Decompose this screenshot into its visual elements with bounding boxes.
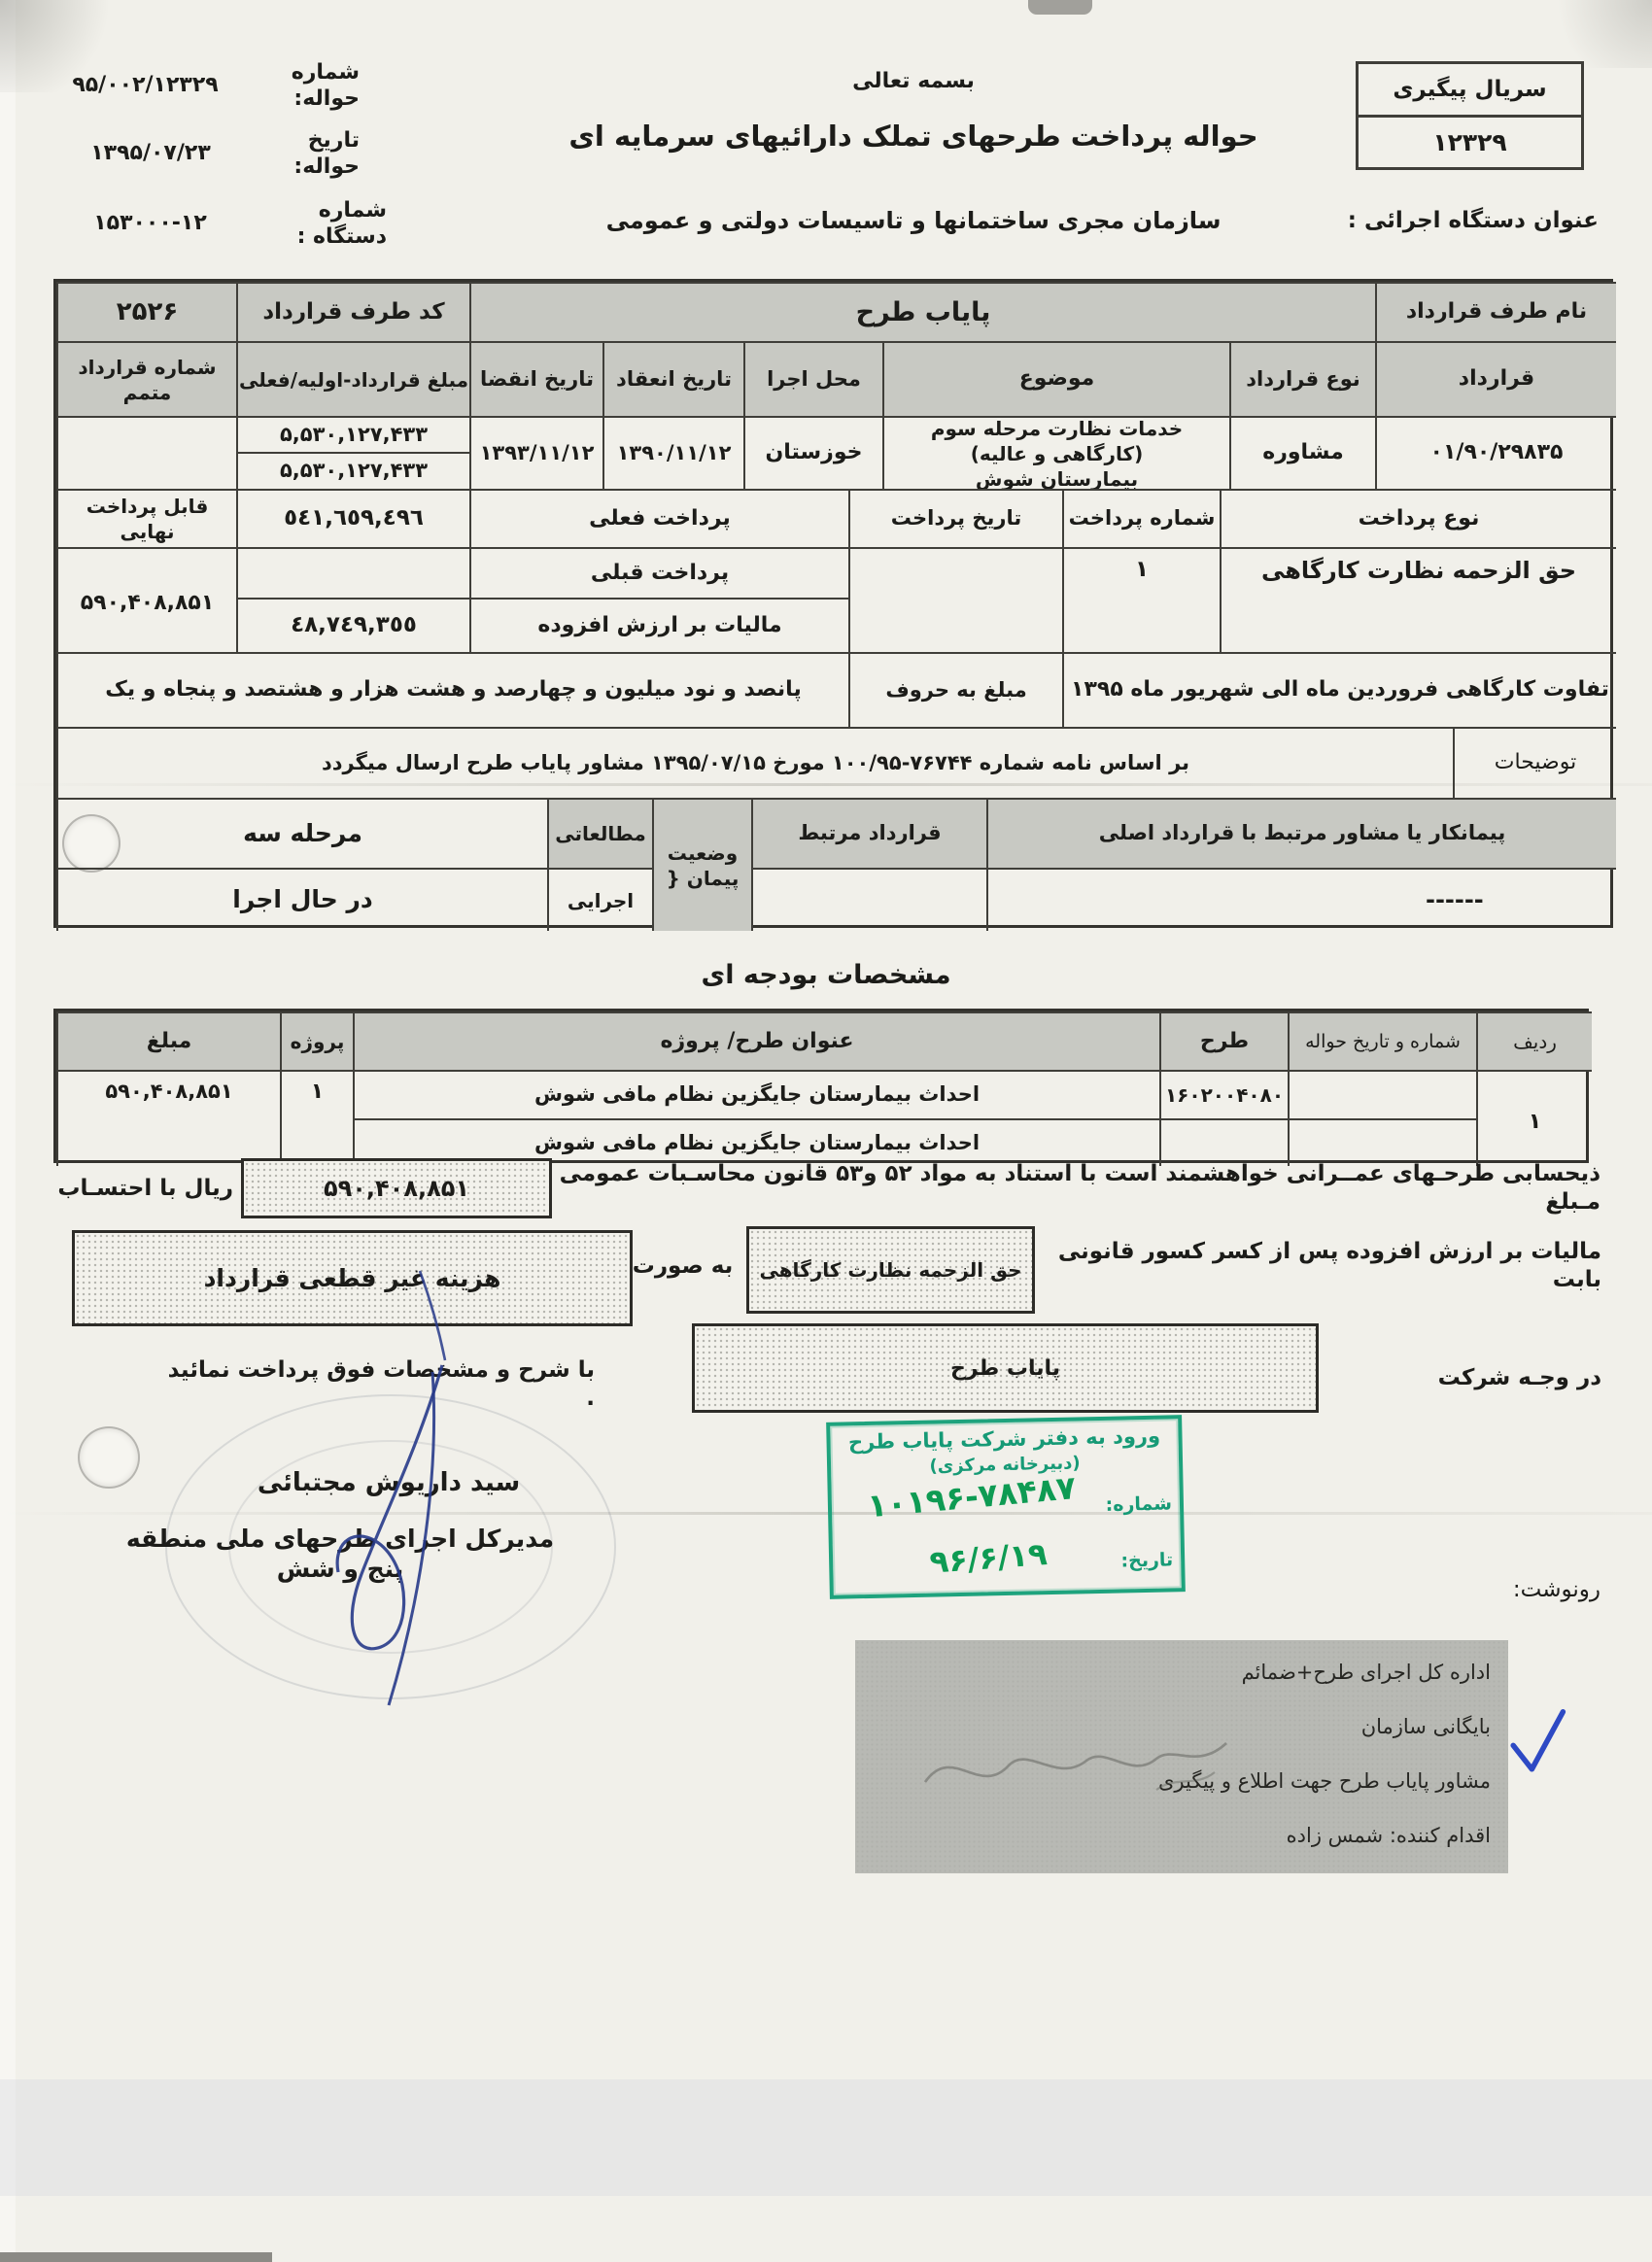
scan-left-margin — [0, 0, 16, 2262]
header-subject: موضوع — [882, 341, 1229, 416]
blue-checkmark — [1505, 1705, 1573, 1778]
status-study-label: مطالعاتی — [547, 798, 652, 868]
header-expiry-date: تاریخ انقضا — [469, 341, 602, 416]
party-name-value: پایاب طرح — [469, 282, 1375, 341]
contract-table: ۲۵۲۶ کد طرف قرارداد پایاب طرح نام طرف قر… — [53, 279, 1613, 928]
budget-header-name: عنوان طرح/ پروژه — [353, 1011, 1159, 1070]
budget-name-row1: احداث بیمارستان جایگزین نظام مافی شوش — [353, 1070, 1159, 1118]
subject-line1: خدمات نظارت مرحله سوم (کارگاهی و عالیه) — [931, 417, 1183, 465]
pen-signature — [292, 1263, 622, 1720]
budget-section-title: مشخصات بودجه ای — [583, 954, 1069, 997]
scan-bottom-band — [0, 2079, 1652, 2196]
contract-amount-current: ۵,۵۳۰,۱۲۷,۴۳۳ — [236, 452, 469, 489]
stamp-date-handwritten: ۹۶/۶/۱۹ — [900, 1533, 1077, 1583]
contract-amount-initial: ۵,۵۳۰,۱۲۷,۴۳۳ — [236, 416, 469, 452]
previous-payment-label: پرداخت قبلی — [469, 547, 848, 598]
amount-in-words-label: مبلغ به حروف — [848, 652, 1062, 727]
header-contract-amount: مبلغ قرارداد-اولیه/فعلی — [236, 341, 469, 416]
related-contract-value-empty — [751, 868, 986, 931]
stamp-title: ورود به دفتر شرکت پایاب طرح — [830, 1423, 1178, 1454]
supplementary-contract-empty — [56, 416, 236, 489]
stamp-date-label: تاریخ: — [1120, 1549, 1173, 1571]
party-code-label: کد طرف قرارداد — [236, 282, 469, 341]
subject-line2: بیمارستان شوش — [976, 467, 1138, 491]
havaleh-date-label: تاریخ حواله: — [238, 134, 360, 173]
status-word: وضعیت — [668, 841, 738, 865]
stamp-number-label: شماره: — [1105, 1492, 1172, 1515]
current-payment-label: پرداخت فعلی — [469, 489, 848, 547]
final-payable-value: ۵۹۰,۴۰۸,۸۵۱ — [56, 547, 236, 652]
scan-top-smudge — [1028, 0, 1092, 15]
budget-header-project: پروژه — [280, 1011, 353, 1070]
havaleh-number-label: شماره حواله: — [238, 66, 360, 105]
agency-title-label: عنوان دستگاه اجرائی : — [1317, 200, 1599, 241]
stage-label: مرحله سه — [56, 798, 547, 868]
budget-row-index: ۱ — [1476, 1070, 1592, 1166]
punch-hole-bottom — [78, 1426, 140, 1489]
vat-value: ٤٨,٧٤٩,٣٥٥ — [236, 598, 469, 652]
subject-value: خدمات نظارت مرحله سوم (کارگاهی و عالیه) … — [882, 416, 1229, 489]
budget-header-ref: شماره و تاریخ حواله — [1288, 1011, 1476, 1070]
order-amount-box: ۵۹۰,۴۰۸,۸۵۱ — [241, 1158, 552, 1218]
budget-header-row: ردیف — [1476, 1011, 1592, 1070]
execution-place-value: خوزستان — [743, 416, 882, 489]
previous-payment-value-empty — [236, 547, 469, 598]
current-payment-value: ٥٤١,٦٥٩,٤٩٦ — [236, 489, 469, 547]
device-number-label: شماره دستگاه : — [260, 204, 387, 243]
budget-ref-empty2 — [1288, 1118, 1476, 1166]
header-contract-no: قرارداد — [1375, 341, 1616, 416]
distribution-line-4: اقدام کننده: شمس زاده — [878, 1817, 1491, 1854]
scanned-payment-order-document: شماره حواله: ۹۵/۰۰۲/۱۲۳۲۹ تاریخ حواله: ۱… — [0, 0, 1652, 2262]
payee-company-box: پایاب طرح — [692, 1323, 1319, 1413]
company-entry-stamp: ورود به دفتر شرکت پایاب طرح (دبیرخانه مر… — [826, 1415, 1186, 1599]
contract-type-value: مشاوره — [1229, 416, 1375, 489]
notes-value: بر اساس نامه شماره ۷۶۷۴۴-۱۰۰/۹۵ مورخ ۱۳۹… — [56, 727, 1453, 798]
signing-date-value: ۱۳۹۰/۱۱/۱۲ — [602, 416, 743, 489]
device-number-value: ۱۵۳۰۰۰-۱۲ — [60, 204, 240, 243]
payment-date-value-empty — [848, 547, 1062, 652]
budget-table: مبلغ پروژه عنوان طرح/ پروژه طرح شماره و … — [53, 1009, 1589, 1163]
contract-no-value: ۰۱/۹۰/۲۹۸۳۵ — [1375, 416, 1616, 489]
contract-status-label: وضعیت پیمان { — [652, 798, 751, 931]
tracking-serial-box: سریال پیگیری ۱۲۳۲۹ — [1356, 61, 1584, 170]
related-contractor-label: پیمانکار یا مشاور مرتبط با قرارداد اصلی — [986, 798, 1616, 868]
budget-plan-empty — [1159, 1118, 1288, 1166]
expiry-date-value: ۱۳۹۳/۱۱/۱۲ — [469, 416, 602, 489]
related-contract-label: قرارداد مرتبط — [751, 798, 986, 868]
header-signing-date: تاریخ انعقاد — [602, 341, 743, 416]
stage-value: در حال اجرا — [56, 868, 547, 931]
havaleh-number-value: ۹۵/۰۰۲/۱۲۳۲۹ — [60, 66, 230, 105]
payment-number-value: ۱ — [1062, 547, 1220, 652]
header-execution-place: محل اجرا — [743, 341, 882, 416]
status-exec-value: اجرایی — [547, 868, 652, 931]
related-contractor-value: ------ — [986, 868, 1616, 931]
bismillah: بسمه تعالی — [680, 64, 1147, 99]
payment-period-note: تفاوت کارگاهی فروردین ماه الی شهریور ماه… — [1062, 652, 1616, 727]
amount-in-words-value: پانصد و نود میلیون و چهارصد و هشت هزار و… — [56, 652, 848, 727]
status-brace: پیمان { — [667, 867, 740, 890]
payment-type-header: نوع پرداخت — [1220, 489, 1616, 547]
faint-handwriting-scribble — [913, 1712, 1244, 1819]
vat-label: مالیات بر ارزش افزوده — [469, 598, 848, 652]
party-code-value: ۲۵۲۶ — [56, 282, 236, 341]
party-name-label: نام طرف قرارداد — [1375, 282, 1616, 341]
budget-plan-code: ۱۶۰۲۰۰۴۰۸۰ — [1159, 1070, 1288, 1118]
copy-to-label: رونوشت: — [1469, 1572, 1600, 1607]
payment-type-box: حق الزحمه نظارت کارگاهی — [746, 1226, 1035, 1314]
scan-top-right-shadow — [1535, 0, 1652, 68]
budget-ref-empty1 — [1288, 1070, 1476, 1118]
payment-number-header: شماره پرداخت — [1062, 489, 1220, 547]
distribution-line-1: اداره کل اجرای طرح+ضمائم — [878, 1654, 1491, 1691]
order-line1-text: ذیحسابی طرحـهای عمــرانی خواهشمند است با… — [559, 1166, 1600, 1211]
scan-bottom-edge — [0, 2252, 272, 2262]
budget-amount-value: ۵۹۰,۴۰۸,۸۵۱ — [56, 1070, 280, 1166]
budget-header-plan: طرح — [1159, 1011, 1288, 1070]
organization-name: سازمان مجری ساختمانها و تاسیسات دولتی و … — [544, 198, 1283, 243]
order-line2-connector: به صورت — [627, 1244, 739, 1288]
final-payable-label: قابل پرداخت نهایی — [56, 489, 236, 547]
notes-label: توضیحات — [1453, 727, 1616, 798]
order-line1-tail: ریال با احتسـاب — [39, 1166, 233, 1211]
document-title: حواله پرداخت طرحهای تملک دارائیهای سرمای… — [505, 111, 1322, 161]
device-number-text: ۱۵۳۰۰۰-۱۲ — [93, 210, 207, 237]
header-contract-type: نوع قرارداد — [1229, 341, 1375, 416]
order-line2-text: مالیات بر ارزش افزوده پس از کسر کسور قان… — [1038, 1244, 1601, 1288]
payment-type-value: حق الزحمه نظارت کارگاهی — [1220, 547, 1616, 652]
payment-date-header: تاریخ پرداخت — [848, 489, 1062, 547]
budget-header-amount: مبلغ — [56, 1011, 280, 1070]
havaleh-date-value: ۱۳۹۵/۰۷/۲۳ — [73, 134, 228, 173]
tracking-serial-value: ۱۲۳۲۹ — [1359, 118, 1581, 167]
order-line3-text: در وجـه شرکت — [1427, 1355, 1601, 1400]
tracking-serial-label: سریال پیگیری — [1359, 64, 1581, 118]
header-supplementary-contract: شماره قرارداد متمم — [56, 341, 236, 416]
budget-project-value: ۱ — [280, 1070, 353, 1166]
